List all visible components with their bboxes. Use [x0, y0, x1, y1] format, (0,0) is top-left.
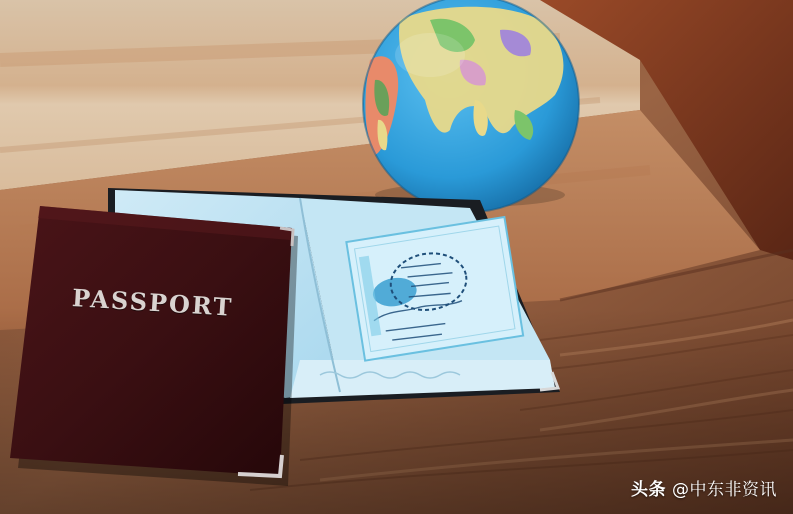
visa-stamp [346, 217, 523, 361]
photo-scene [0, 0, 793, 514]
closed-passport [10, 206, 298, 486]
watermark-brand: 头条 [631, 480, 666, 500]
passport-cover [10, 206, 292, 476]
watermark: 头条@中东非资讯 [631, 475, 777, 500]
globe [363, 0, 579, 212]
watermark-handle: @中东非资讯 [672, 480, 777, 500]
